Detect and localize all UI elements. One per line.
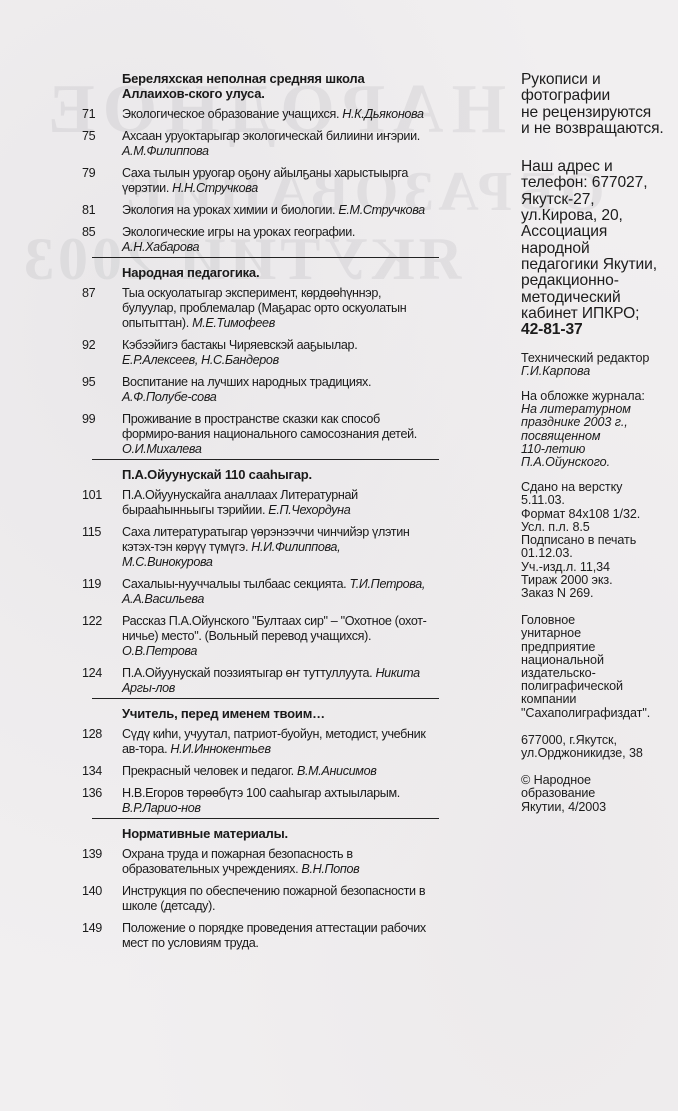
toc-entry-text: Н.В.Егоров төрөөбүтэ 100 сааһыгар ахтыыл… bbox=[122, 786, 433, 816]
toc-entry: 115Саха литературатыгар үөрэнээччи чинчи… bbox=[78, 525, 433, 570]
toc-entry-title: Сахалыы-нууччалыы тылбаас секцията. bbox=[122, 577, 346, 591]
toc-entry-title: Рассказ П.А.Ойунского "Бултаах сир" – "О… bbox=[122, 614, 426, 643]
toc-entry-title: Экологические игры на уроках географии. bbox=[122, 225, 355, 239]
toc-section-heading: Нормативные материалы. bbox=[78, 826, 433, 841]
toc-entry-text: Кэбээйигэ бастакы Чиряевскэй ааҕыылар. Е… bbox=[122, 338, 433, 368]
toc-entry: 128Сүдү киһи, учуутал, патриот-буойун, м… bbox=[78, 727, 433, 757]
toc-entry-author: А.Н.Хабарова bbox=[122, 240, 199, 254]
toc-page-number: 92 bbox=[78, 338, 122, 368]
cover-note: На обложке журнала:На литературном празд… bbox=[521, 390, 678, 469]
toc-entry: 92Кэбээйигэ бастакы Чиряевскэй ааҕыылар.… bbox=[78, 338, 433, 368]
tech-editor-name: Г.И.Карпова bbox=[521, 364, 590, 378]
toc-entry-text: Проживание в пространстве сказки как спо… bbox=[122, 412, 433, 457]
toc-entry-title: Воспитание на лучших народных традициях. bbox=[122, 375, 371, 389]
toc-page-number: 87 bbox=[78, 286, 122, 331]
toc-entry-author: О.И.Михалева bbox=[122, 442, 202, 456]
toc-entry: 119Сахалыы-нууччалыы тылбаас секцията. Т… bbox=[78, 577, 433, 607]
toc-section-heading: Береляхская неполная средняя школа Аллаи… bbox=[78, 71, 433, 101]
toc-entry-text: Воспитание на лучших народных традициях.… bbox=[122, 375, 433, 405]
toc-entry-author: А.Ф.Полубе-сова bbox=[122, 390, 216, 404]
tech-editor-label: Технический редактор bbox=[521, 351, 649, 365]
toc-entry: 122Рассказ П.А.Ойунского "Бултаах сир" –… bbox=[78, 614, 433, 659]
toc-entry-author: А.М.Филиппова bbox=[122, 144, 209, 158]
toc-entry-author: Е.П.Чехордуна bbox=[268, 503, 350, 517]
toc-entry-author: В.М.Анисимов bbox=[297, 764, 377, 778]
toc-entry-title: Сүдү киһи, учуутал, патриот-буойун, мето… bbox=[122, 727, 426, 756]
toc-page-number: 101 bbox=[78, 488, 122, 518]
toc-entry: 149Положение о порядке проведения аттест… bbox=[78, 921, 433, 951]
toc-section-heading: Учитель, перед именем твоим… bbox=[78, 706, 433, 721]
toc-entry-author: Н.Н.Стручкова bbox=[172, 181, 258, 195]
toc-entry-text: Сүдү киһи, учуутал, патриот-буойун, мето… bbox=[122, 727, 433, 757]
toc-page-number: 71 bbox=[78, 107, 122, 122]
toc-entry-text: Охрана труда и пожарная безопасность в о… bbox=[122, 847, 433, 877]
toc-entry-title: Саха тылын уруогар оҕону айылҕаны харыст… bbox=[122, 166, 408, 195]
toc-entry-title: П.А.Ойуунускай поэзиятыгар өҥ туттуллуут… bbox=[122, 666, 372, 680]
toc-entry-text: Инструкция по обеспечению пожарной безоп… bbox=[122, 884, 433, 914]
toc-entry: 134Прекрасный человек и педагог. В.М.Ани… bbox=[78, 764, 433, 779]
toc-entry: 85Экологические игры на уроках географии… bbox=[78, 225, 433, 255]
toc-entry: 87Тыа оскуолатыгар эксперимент, көрдөөһү… bbox=[78, 286, 433, 331]
toc-entry-text: Тыа оскуолатыгар эксперимент, көрдөөһүнн… bbox=[122, 286, 433, 331]
toc-page-number: 81 bbox=[78, 203, 122, 218]
toc-entry-text: Рассказ П.А.Ойунского "Бултаах сир" – "О… bbox=[122, 614, 433, 659]
toc-entry: 136Н.В.Егоров төрөөбүтэ 100 сааһыгар ахт… bbox=[78, 786, 433, 816]
toc-entry: 79Саха тылын уруогар оҕону айылҕаны хары… bbox=[78, 166, 433, 196]
toc-page-number: 136 bbox=[78, 786, 122, 816]
toc-entry-author: О.В.Петрова bbox=[122, 644, 197, 658]
toc-entry-text: Сахалыы-нууччалыы тылбаас секцията. Т.И.… bbox=[122, 577, 433, 607]
print-details: Сдано на верстку 5.11.03. Формат 84x108 … bbox=[521, 481, 678, 600]
toc-entry: 140Инструкция по обеспечению пожарной бе… bbox=[78, 884, 433, 914]
toc-entry: 124П.А.Ойуунускай поэзиятыгар өҥ туттулл… bbox=[78, 666, 433, 696]
toc-entry-author: Н.К.Дьяконова bbox=[342, 107, 423, 121]
toc-entry-author: Н.И.Иннокентьев bbox=[170, 742, 270, 756]
cover-label: На обложке журнала: bbox=[521, 389, 645, 403]
toc-entry-title: Кэбээйигэ бастакы Чиряевскэй ааҕыылар. bbox=[122, 338, 357, 352]
cover-caption: На литературном празднике 2003 г., посвя… bbox=[521, 402, 631, 469]
toc-entry-text: Экология на уроках химии и биологии. Е.М… bbox=[122, 203, 433, 218]
toc-entry-text: Саха литературатыгар үөрэнээччи чинчийэр… bbox=[122, 525, 433, 570]
toc-section: Нормативные материалы.139Охрана труда и … bbox=[78, 826, 433, 951]
toc-entry-title: Н.В.Егоров төрөөбүтэ 100 сааһыгар ахтыыл… bbox=[122, 786, 400, 800]
toc-section-heading: П.А.Ойуунускай 110 сааһыгар. bbox=[78, 467, 433, 482]
toc-section: Учитель, перед именем твоим…128Сүдү киһи… bbox=[78, 706, 433, 816]
table-of-contents: Береляхская неполная средняя школа Аллаи… bbox=[78, 68, 433, 958]
editorial-phone: 42-81-37 bbox=[521, 322, 678, 338]
toc-entry-text: Экологическое образование учащихся. Н.К.… bbox=[122, 107, 433, 122]
toc-page-number: 128 bbox=[78, 727, 122, 757]
toc-entry: 99Проживание в пространстве сказки как с… bbox=[78, 412, 433, 457]
editorial-address: Наш адрес и телефон: 677027, Якутск-27, … bbox=[521, 159, 678, 322]
toc-entry-author: Е.Р.Алексеев, Н.С.Бандеров bbox=[122, 353, 279, 367]
toc-entry: 75Ахсаан уруоктарыгар экологическай били… bbox=[78, 129, 433, 159]
publisher-address: 677000, г.Якутск, ул.Орджоникидзе, 38 bbox=[521, 734, 678, 760]
toc-page-number: 95 bbox=[78, 375, 122, 405]
imprint-column: Рукописи и фотографии не рецензируются и… bbox=[521, 72, 678, 828]
toc-entry-title: Проживание в пространстве сказки как спо… bbox=[122, 412, 417, 441]
publisher: Головное унитарное предприятие националь… bbox=[521, 614, 678, 720]
toc-entry-author: В.Р.Ларио-нов bbox=[122, 801, 201, 815]
toc-entry-title: Экологическое образование учащихся. bbox=[122, 107, 339, 121]
copyright: © Народное образование Якутии, 4/2003 bbox=[521, 774, 678, 814]
toc-page-number: 122 bbox=[78, 614, 122, 659]
toc-entry-title: Положение о порядке проведения аттестаци… bbox=[122, 921, 426, 950]
toc-page-number: 149 bbox=[78, 921, 122, 951]
toc-page-number: 119 bbox=[78, 577, 122, 607]
toc-section: Народная педагогика.87Тыа оскуолатыгар э… bbox=[78, 265, 433, 457]
toc-page-number: 140 bbox=[78, 884, 122, 914]
toc-entry: 139Охрана труда и пожарная безопасность … bbox=[78, 847, 433, 877]
toc-entry-text: Экологические игры на уроках географии. … bbox=[122, 225, 433, 255]
toc-entry: 101П.А.Ойуунускайга аналлаах Литературна… bbox=[78, 488, 433, 518]
toc-page-number: 115 bbox=[78, 525, 122, 570]
toc-section: П.А.Ойуунускай 110 сааһыгар.101П.А.Ойуун… bbox=[78, 467, 433, 696]
toc-page-number: 134 bbox=[78, 764, 122, 779]
toc-entry: 71Экологическое образование учащихся. Н.… bbox=[78, 107, 433, 122]
toc-entry-title: Прекрасный человек и педагог. bbox=[122, 764, 294, 778]
toc-entry-text: Прекрасный человек и педагог. В.М.Анисим… bbox=[122, 764, 433, 779]
toc-entry-text: Положение о порядке проведения аттестаци… bbox=[122, 921, 433, 951]
manuscripts-note: Рукописи и фотографии не рецензируются и… bbox=[521, 72, 678, 137]
toc-entry-author: В.Н.Попов bbox=[301, 862, 359, 876]
toc-section: Береляхская неполная средняя школа Аллаи… bbox=[78, 71, 433, 255]
toc-entry-title: Ахсаан уруоктарыгар экологическай билиин… bbox=[122, 129, 420, 143]
toc-page-number: 85 bbox=[78, 225, 122, 255]
toc-entry: 81Экология на уроках химии и биологии. Е… bbox=[78, 203, 433, 218]
toc-entry-author: М.Е.Тимофеев bbox=[192, 316, 275, 330]
toc-entry-text: П.А.Ойуунускай поэзиятыгар өҥ туттуллуут… bbox=[122, 666, 433, 696]
toc-entry: 95Воспитание на лучших народных традиция… bbox=[78, 375, 433, 405]
toc-page-number: 124 bbox=[78, 666, 122, 696]
toc-section-heading: Народная педагогика. bbox=[78, 265, 433, 280]
toc-entry-title: Инструкция по обеспечению пожарной безоп… bbox=[122, 884, 425, 913]
toc-entry-author: Е.М.Стручкова bbox=[338, 203, 424, 217]
toc-entry-text: Ахсаан уруоктарыгар экологическай билиин… bbox=[122, 129, 433, 159]
toc-page-number: 139 bbox=[78, 847, 122, 877]
tech-editor: Технический редакторГ.И.Карпова bbox=[521, 352, 678, 378]
toc-page-number: 75 bbox=[78, 129, 122, 159]
toc-entry-text: Саха тылын уруогар оҕону айылҕаны харыст… bbox=[122, 166, 433, 196]
journal-page: НАРОДНОЕ ОБРАЗОВАНИЕ ЯКУТИИ 2003 Берелях… bbox=[0, 0, 678, 1111]
toc-entry-title: Экология на уроках химии и биологии. bbox=[122, 203, 335, 217]
toc-page-number: 79 bbox=[78, 166, 122, 196]
toc-page-number: 99 bbox=[78, 412, 122, 457]
toc-entry-text: П.А.Ойуунускайга аналлаах Литературнай б… bbox=[122, 488, 433, 518]
